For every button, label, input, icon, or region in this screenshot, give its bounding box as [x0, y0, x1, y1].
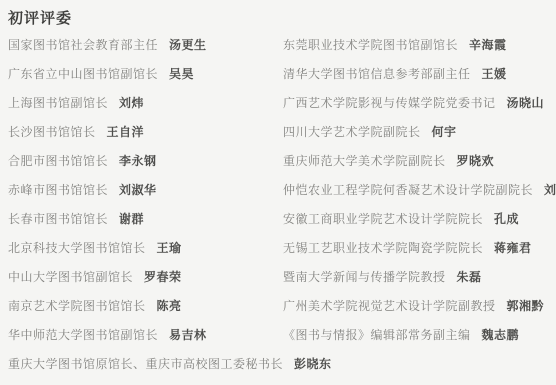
judge-name: 汤晓山: [507, 96, 545, 110]
judge-name: 王瑜: [157, 241, 182, 255]
judge-role: 安徽工商职业学院艺术设计学院院长: [283, 212, 483, 226]
judge-row: 清华大学图书馆信息参考部副主任王媛: [283, 60, 556, 89]
judge-role: 长沙图书馆馆长: [8, 125, 96, 139]
judge-name: 郭湘黔: [507, 299, 545, 313]
judge-row: 广州美术学院视觉艺术设计学院副教授郭湘黔: [283, 292, 556, 321]
judge-name: 何宇: [432, 125, 457, 139]
judge-role: 中山大学图书馆副馆长: [8, 270, 133, 284]
judge-name: 谢群: [119, 212, 144, 226]
judge-role: 赤峰市图书馆馆长: [8, 183, 108, 197]
judge-name: 辛海霞: [469, 38, 507, 52]
judge-role: 东莞职业技术学院图书馆副馆长: [283, 38, 458, 52]
judge-row: 南京艺术学院图书馆馆长陈亮: [8, 292, 283, 321]
judge-row: 仲恺农业工程学院何香凝艺术设计学院副院长刘太雷: [283, 176, 556, 205]
judge-role: 北京科技大学图书馆馆长: [8, 241, 146, 255]
judge-name: 彭晓东: [294, 357, 332, 371]
judge-row: 北京科技大学图书馆馆长王瑜: [8, 234, 283, 263]
judge-row: 国家图书馆社会教育部主任汤更生: [8, 31, 283, 60]
judge-row: 重庆大学图书馆原馆长、重庆市高校图工委秘书长彭晓东: [8, 350, 283, 379]
judge-name: 蒋雍君: [494, 241, 532, 255]
judge-row: 长春市图书馆馆长谢群: [8, 205, 283, 234]
judge-name: 刘太雷: [544, 183, 556, 197]
judge-name: 罗春荣: [144, 270, 182, 284]
judges-page: 初评评委 国家图书馆社会教育部主任汤更生广东省立中山图书馆副馆长吴昊上海图书馆副…: [0, 0, 556, 385]
judge-role: 暨南大学新闻与传播学院教授: [283, 270, 446, 284]
judge-name: 李永钢: [119, 154, 157, 168]
judge-row: 安徽工商职业学院艺术设计学院院长孔成: [283, 205, 556, 234]
judge-row: 广东省立中山图书馆副馆长吴昊: [8, 60, 283, 89]
judge-name: 王媛: [482, 67, 507, 81]
judge-role: 国家图书馆社会教育部主任: [8, 38, 158, 52]
judge-role: 广西艺术学院影视与传媒学院党委书记: [283, 96, 496, 110]
judge-row: 上海图书馆副馆长刘炜: [8, 89, 283, 118]
judge-role: 重庆大学图书馆原馆长、重庆市高校图工委秘书长: [8, 357, 283, 371]
judge-name: 罗晓欢: [457, 154, 495, 168]
judge-role: 四川大学艺术学院副院长: [283, 125, 421, 139]
judge-name: 陈亮: [157, 299, 182, 313]
judge-row: 广西艺术学院影视与传媒学院党委书记汤晓山: [283, 89, 556, 118]
judge-role: 广州美术学院视觉艺术设计学院副教授: [283, 299, 496, 313]
judge-name: 王自洋: [107, 125, 145, 139]
judge-row: 合肥市图书馆馆长李永钢: [8, 147, 283, 176]
judge-row: 华中师范大学图书馆副馆长易吉林: [8, 321, 283, 350]
judge-row: 暨南大学新闻与传播学院教授朱磊: [283, 263, 556, 292]
judge-row: 中山大学图书馆副馆长罗春荣: [8, 263, 283, 292]
judge-row: 东莞职业技术学院图书馆副馆长辛海霞: [283, 31, 556, 60]
judges-right-column: 东莞职业技术学院图书馆副馆长辛海霞清华大学图书馆信息参考部副主任王媛广西艺术学院…: [283, 31, 556, 350]
judge-name: 朱磊: [457, 270, 482, 284]
judge-name: 吴昊: [169, 67, 194, 81]
judge-role: 清华大学图书馆信息参考部副主任: [283, 67, 471, 81]
judge-row: 长沙图书馆馆长王自洋: [8, 118, 283, 147]
judge-name: 刘炜: [119, 96, 144, 110]
judge-row: 无锡工艺职业技术学院陶瓷学院院长蒋雍君: [283, 234, 556, 263]
judge-row: 《图书与情报》编辑部常务副主编魏志鹏: [283, 321, 556, 350]
judge-role: 上海图书馆副馆长: [8, 96, 108, 110]
judges-columns: 国家图书馆社会教育部主任汤更生广东省立中山图书馆副馆长吴昊上海图书馆副馆长刘炜长…: [8, 31, 556, 379]
judge-row: 赤峰市图书馆馆长刘淑华: [8, 176, 283, 205]
page-title: 初评评委: [8, 9, 556, 29]
judge-name: 刘淑华: [119, 183, 157, 197]
judge-role: 华中师范大学图书馆副馆长: [8, 328, 158, 342]
judge-role: 南京艺术学院图书馆馆长: [8, 299, 146, 313]
judge-role: 无锡工艺职业技术学院陶瓷学院院长: [283, 241, 483, 255]
judge-role: 重庆师范大学美术学院副院长: [283, 154, 446, 168]
judge-role: 《图书与情报》编辑部常务副主编: [283, 328, 471, 342]
judge-row: 四川大学艺术学院副院长何宇: [283, 118, 556, 147]
judges-left-column: 国家图书馆社会教育部主任汤更生广东省立中山图书馆副馆长吴昊上海图书馆副馆长刘炜长…: [8, 31, 283, 379]
judge-role: 合肥市图书馆馆长: [8, 154, 108, 168]
judge-row: 重庆师范大学美术学院副院长罗晓欢: [283, 147, 556, 176]
judge-name: 易吉林: [169, 328, 207, 342]
judge-role: 长春市图书馆馆长: [8, 212, 108, 226]
judge-name: 汤更生: [169, 38, 207, 52]
judge-name: 孔成: [494, 212, 519, 226]
judge-name: 魏志鹏: [482, 328, 520, 342]
judge-role: 仲恺农业工程学院何香凝艺术设计学院副院长: [283, 183, 533, 197]
judge-role: 广东省立中山图书馆副馆长: [8, 67, 158, 81]
